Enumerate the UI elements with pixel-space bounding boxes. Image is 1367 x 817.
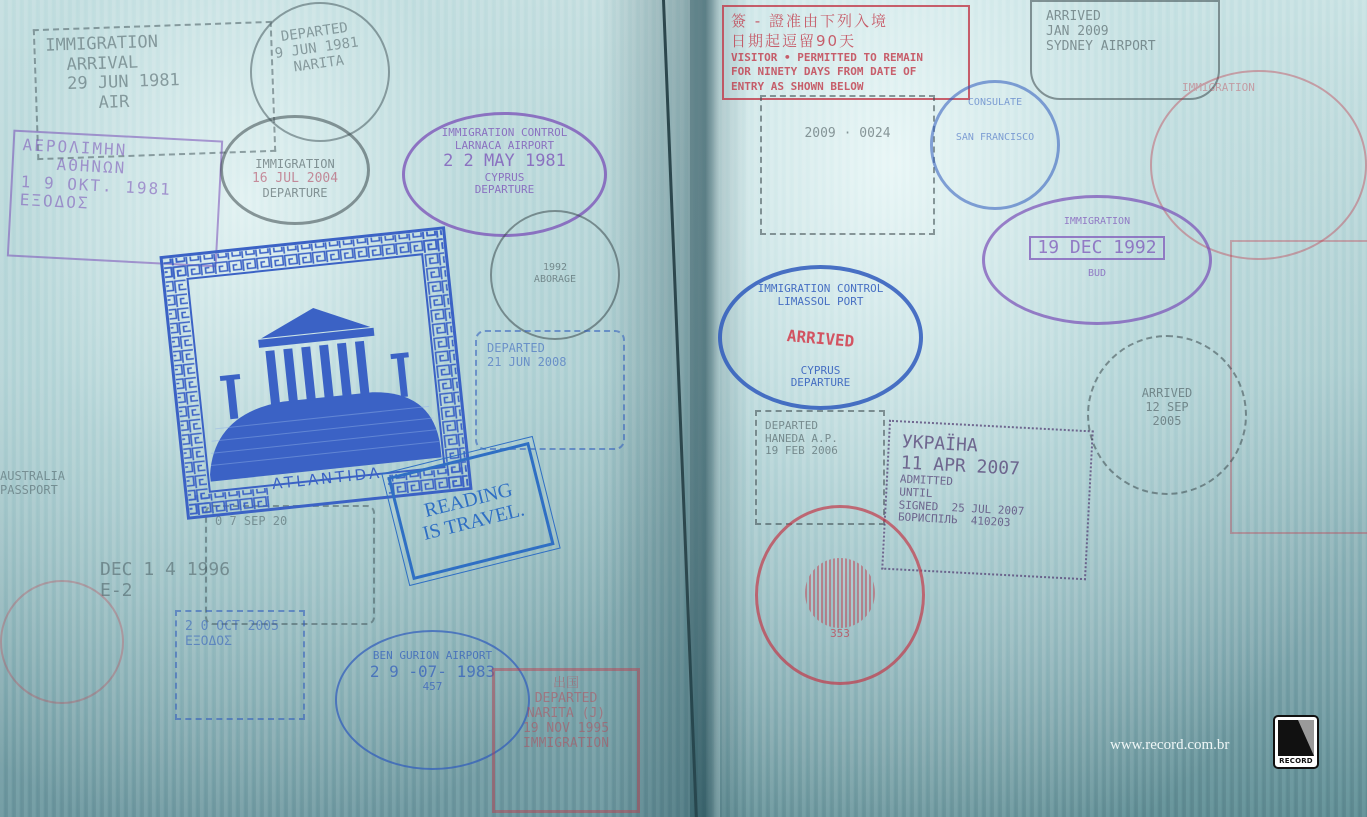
stamp-china-red: 353 <box>755 505 925 685</box>
stamp-immigration-2004: IMMIGRATION 16 JUL 2004 DEPARTURE <box>220 115 370 225</box>
stamp-red-rect-right <box>1230 240 1367 534</box>
stamp-australia: ARRIVED 12 SEP 2005 <box>1087 335 1247 495</box>
stamp-arrived-oval: IMMIGRATION CONTROL LIMASSOL PORTARRIVED… <box>718 265 923 410</box>
stamp-blue-2005: 2 0 OCT 2005 ΕΞΟΔΟΣ <box>175 610 305 720</box>
stamp-china-2009: 2009 · 0024 <box>760 95 935 235</box>
website-link[interactable]: www.record.com.br <box>1110 737 1229 754</box>
stamp-red-circle-left <box>0 580 124 704</box>
stamp-dec-1992: IMMIGRATION 19 DEC 1992 BUD <box>982 195 1212 325</box>
right-page-shade <box>690 0 750 817</box>
stamp-consulate: CONSULATE SAN FRANCISCO <box>930 80 1060 210</box>
stamp-athens: ΑΕΡΟΛΙΜΗΝ ΑΘΗΝΩΝ 1 9 OKT. 1981 ΕΞΟΔΟΣ <box>7 130 223 268</box>
national-emblem-icon <box>805 558 875 628</box>
stamp-visitor: 簽 - 證准由下列入境 日期起逗留90天 VISITOR • Permitted… <box>722 5 970 100</box>
stamp-blue-rect: DEPARTED 21 JUN 2008 <box>475 330 625 450</box>
stamp-round-grey: 1992 ABORAGE <box>490 210 620 340</box>
brand-name: RECORD <box>1275 757 1317 765</box>
stamp-sep: 0 7 SEP 20 <box>205 505 375 625</box>
passport-ad: IMMIGRATION ARRIVAL 29 JUN 1981 AIR DEPA… <box>0 0 1367 817</box>
record-logo-icon: RECORD <box>1273 715 1319 769</box>
stamp-narita-departed-red: 出国 DEPARTED NARITA (J) 19 NOV 1995 IMMIG… <box>492 668 640 813</box>
